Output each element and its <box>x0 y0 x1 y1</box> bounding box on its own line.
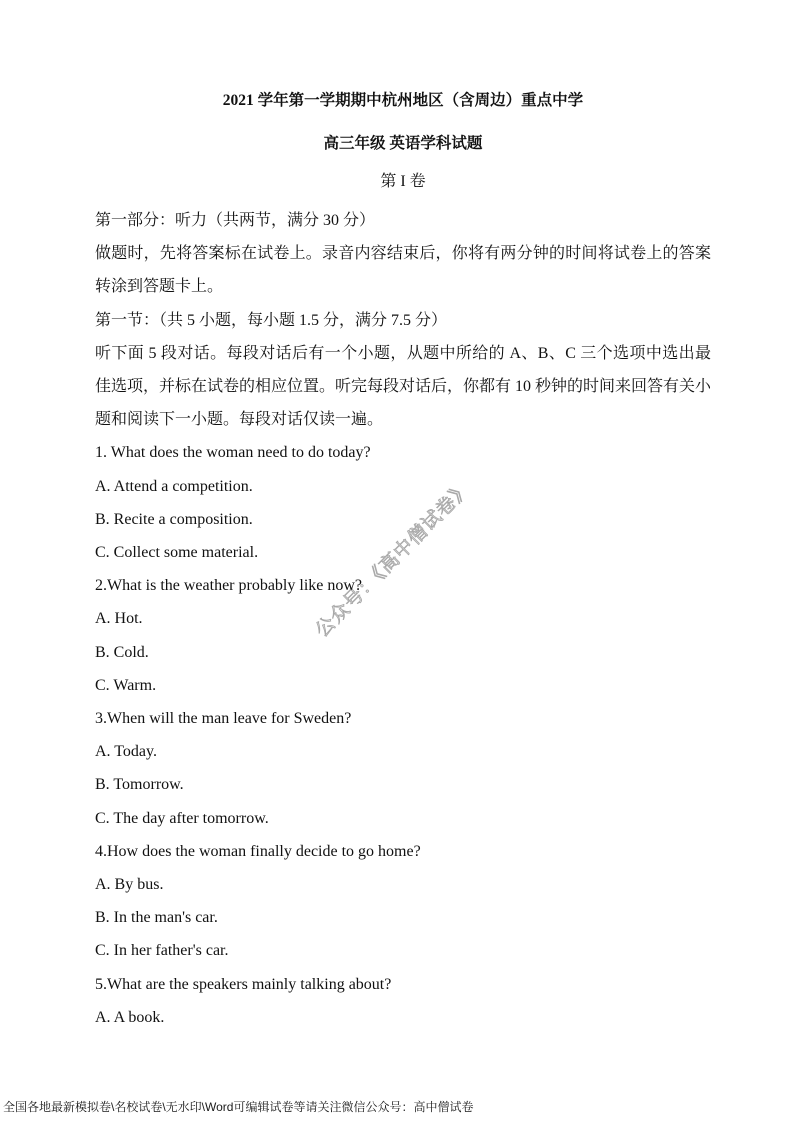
question-2-option-b: B. Cold. <box>95 636 711 669</box>
question-5: 5.What are the speakers mainly talking a… <box>95 968 711 1001</box>
question-1: 1. What does the woman need to do today? <box>95 436 711 469</box>
question-4-option-c: C. In her father's car. <box>95 934 711 967</box>
question-1-option-c: C. Collect some material. <box>95 536 711 569</box>
footer-promo-text: 全国各地最新模拟卷\名校试卷\无水印\Word可编辑试卷等请关注微信公众号：高中… <box>3 1100 473 1115</box>
volume-heading: 第 I 卷 <box>95 171 711 193</box>
part1-note: 做题时，先将答案标在试卷上。录音内容结束后，你将有两分钟的时间将试卷上的答案转涂… <box>95 237 711 303</box>
question-4-option-b: B. In the man's car. <box>95 901 711 934</box>
question-5-option-a: A. A book. <box>95 1001 711 1034</box>
exam-paper-page: 公众号：《高中僧试卷》 2021 学年第一学期期中杭州地区（含周边）重点中学 高… <box>0 0 793 1122</box>
section1-instructions: 听下面 5 段对话。每段对话后有一个小题，从题中所给的 A、B、C 三个选项中选… <box>95 337 711 437</box>
question-2-option-c: C. Warm. <box>95 669 711 702</box>
question-4-option-a: A. By bus. <box>95 868 711 901</box>
question-4: 4.How does the woman finally decide to g… <box>95 835 711 868</box>
question-2: 2.What is the weather probably like now? <box>95 569 711 602</box>
question-3: 3.When will the man leave for Sweden? <box>95 702 711 735</box>
question-1-option-b: B. Recite a composition. <box>95 503 711 536</box>
question-3-option-a: A. Today. <box>95 735 711 768</box>
question-3-option-c: C. The day after tomorrow. <box>95 802 711 835</box>
question-1-option-a: A. Attend a competition. <box>95 470 711 503</box>
section1-heading: 第一节：（共 5 小题，每小题 1.5 分，满分 7.5 分） <box>95 304 711 337</box>
document-content: 2021 学年第一学期期中杭州地区（含周边）重点中学 高三年级 英语学科试题 第… <box>95 90 711 1034</box>
exam-title-line2: 高三年级 英语学科试题 <box>95 133 711 155</box>
question-3-option-b: B. Tomorrow. <box>95 768 711 801</box>
part1-heading: 第一部分：听力（共两节，满分 30 分） <box>95 204 711 237</box>
question-2-option-a: A. Hot. <box>95 602 711 635</box>
exam-title-line1: 2021 学年第一学期期中杭州地区（含周边）重点中学 <box>95 90 711 112</box>
